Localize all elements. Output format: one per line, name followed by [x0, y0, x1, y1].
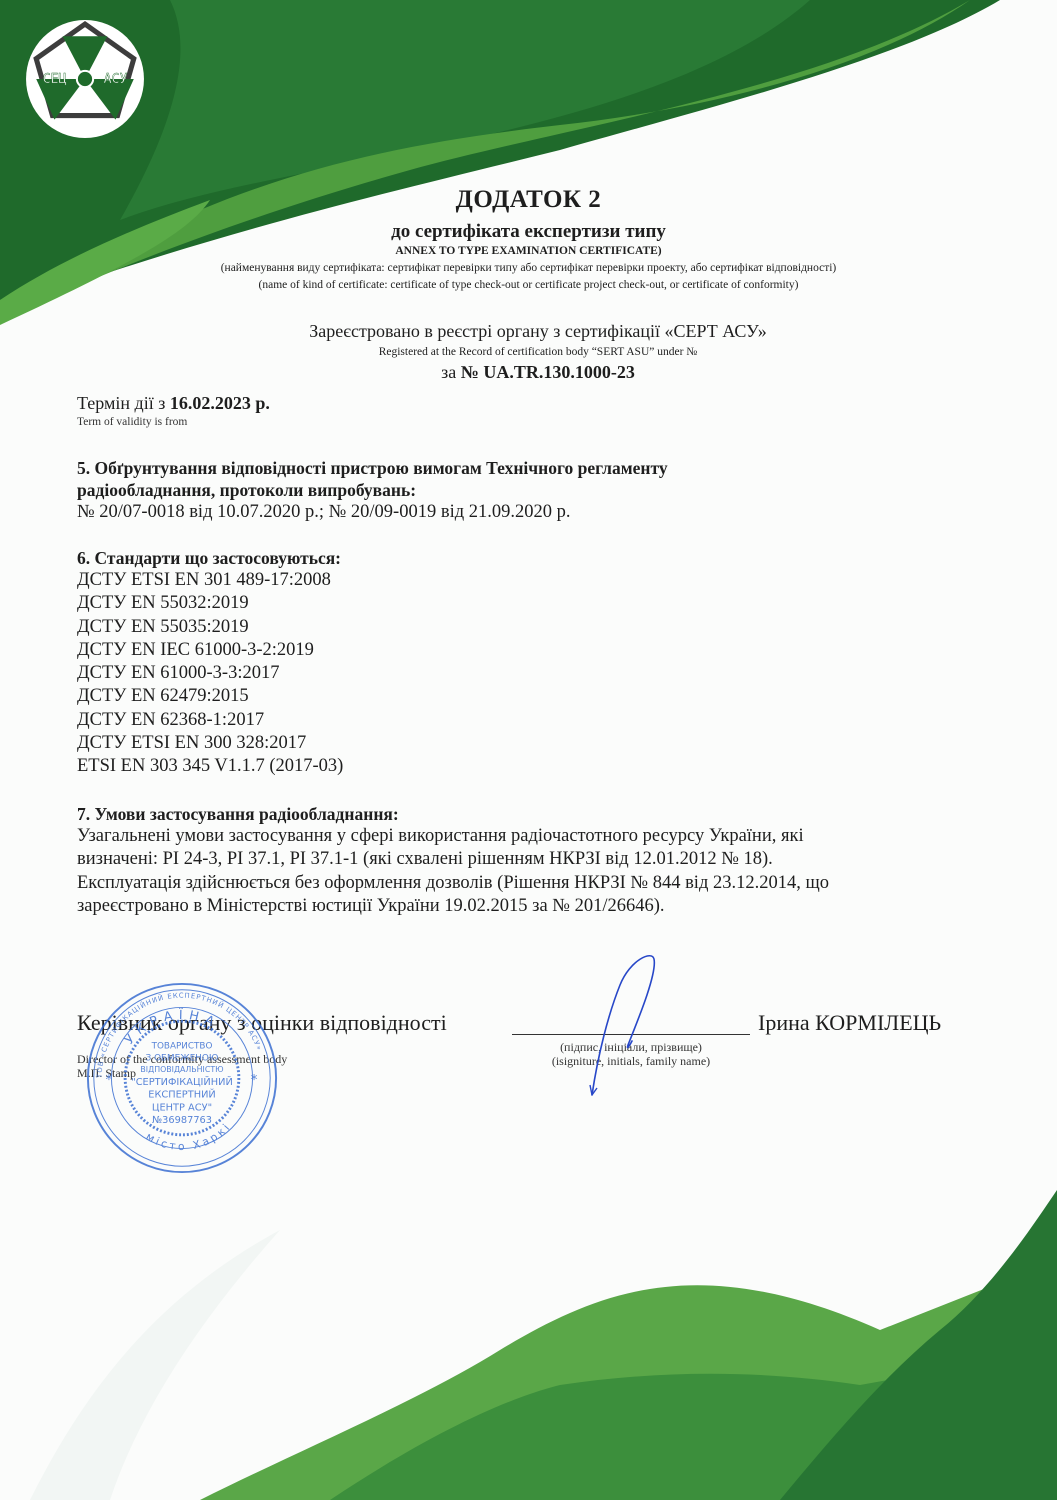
official-stamp: ТОВ «СЕРТИФІКАЦІЙНИЙ ЕКСПЕРТНИЙ ЦЕНТР АС… [84, 980, 280, 1176]
section-5-text: № 20/07-0018 від 10.07.2020 р.; № 20/09-… [77, 501, 957, 524]
signer-name: Ірина КОРМІЛЕЦЬ [758, 1010, 941, 1036]
stamp-line4: "СЕРТИФІКАЦІЙНИЙ [131, 1075, 233, 1088]
stamp-line6: ЦЕНТР АСУ" [152, 1102, 212, 1113]
stamp-code: №36987763 [152, 1115, 212, 1126]
section-7-line: Узагальнені умови застосування у сфері в… [77, 825, 997, 848]
certificate-kind-ua: (найменування виду сертифіката: сертифік… [0, 262, 1057, 274]
handwritten-signature [560, 945, 680, 1105]
section-7-heading: 7. Умови застосування радіообладнання: [77, 803, 997, 825]
section-6-heading: 6. Стандарти що застосовуються: [77, 547, 677, 569]
registration-number: за № UA.TR.130.1000-23 [0, 362, 1057, 383]
validity-date: 16.02.2023 р. [170, 393, 270, 413]
document-subtitle: до сертифіката експертизи типу [0, 221, 1057, 243]
section-5-heading-line2: радіообладнання, протоколи випробувань: [77, 479, 957, 501]
standard-item: ДСТУ EN 62479:2015 [77, 685, 677, 708]
validity-line: Термін дії з 16.02.2023 р. [77, 393, 270, 414]
validity-label: Термін дії з [77, 393, 165, 413]
standard-item: ДСТУ EN 62368-1:2017 [77, 709, 677, 732]
certificate-kind-en: (name of kind of certificate: certificat… [0, 279, 1057, 291]
stamp-line5: ЕКСПЕРТНИЙ [148, 1088, 215, 1101]
section-7-line: зареєстровано в Міністерстві юстиції Укр… [77, 895, 997, 918]
registration-number-value: № UA.TR.130.1000-23 [461, 362, 635, 382]
stamp-line1: ТОВАРИСТВО [151, 1042, 213, 1052]
standard-item: ДСТУ EN 61000-3-3:2017 [77, 662, 677, 685]
document-subtitle-en: ANNEX TO TYPE EXAMINATION CERTIFICATE) [0, 245, 1057, 257]
standard-item: ДСТУ ETSI EN 301 489-17:2008 [77, 569, 677, 592]
stamp-line2: З ОБМЕЖЕНОЮ [146, 1053, 219, 1063]
registration-number-prefix: за [441, 362, 456, 382]
registration-text-ua: Зареєстровано в реєстрі органу з сертифі… [0, 321, 1057, 342]
section-7: 7. Умови застосування радіообладнання: У… [77, 803, 997, 918]
stamp-line3: ВІДПОВІДАЛЬНІСТЮ [140, 1065, 224, 1074]
registration-text-en: Registered at the Record of certificatio… [0, 346, 1057, 358]
certificate-annex-page: ДОДАТОК 2 до сертифіката експертизи типу… [0, 0, 1057, 1500]
section-7-line: визначені: РІ 24-3, РІ 37.1, РІ 37.1-1 (… [77, 848, 997, 871]
svg-text:*: * [251, 1072, 258, 1088]
standard-item: ДСТУ EN 55032:2019 [77, 592, 677, 615]
section-6: 6. Стандарти що застосовуються: ДСТУ ETS… [77, 547, 677, 779]
standard-item: ETSI EN 303 345 V1.1.7 (2017-03) [77, 755, 677, 778]
standard-item: ДСТУ EN IEC 61000-3-2:2019 [77, 639, 677, 662]
svg-text:*: * [106, 1072, 113, 1088]
standard-item: ДСТУ EN 55035:2019 [77, 616, 677, 639]
section-7-line: Експлуатація здійснюється без оформлення… [77, 872, 997, 895]
section-5-heading-line1: 5. Обґрунтування відповідності пристрою … [77, 457, 957, 479]
validity-label-en: Term of validity is from [77, 416, 187, 428]
document-title: ДОДАТОК 2 [0, 186, 1057, 214]
standard-item: ДСТУ ETSI EN 300 328:2017 [77, 732, 677, 755]
section-5: 5. Обґрунтування відповідності пристрою … [77, 457, 957, 524]
